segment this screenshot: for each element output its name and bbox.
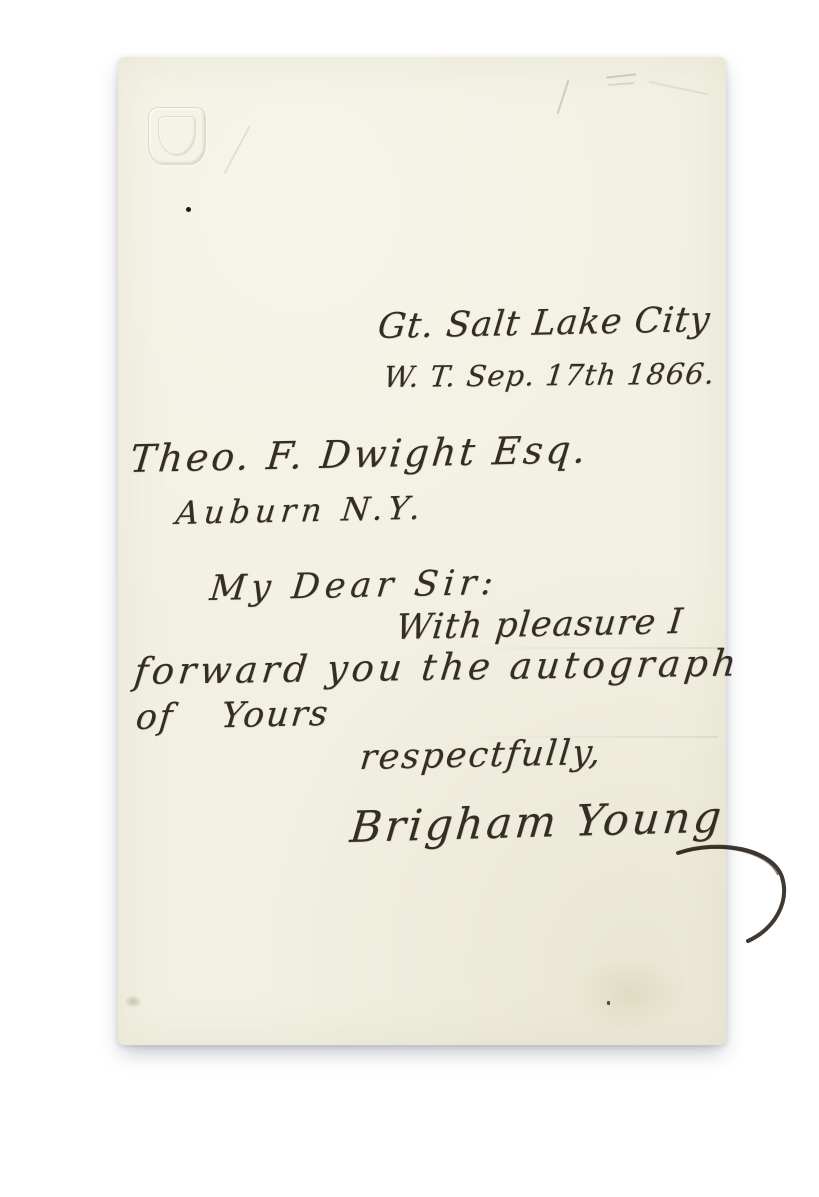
ink-dot: [186, 207, 191, 212]
pencil-mark: [223, 126, 250, 175]
stain-smudge: [570, 955, 688, 1031]
salutation: My Dear Sir:: [208, 563, 500, 609]
recipient-address: Auburn N.Y.: [174, 489, 427, 532]
dateline-place: Gt. Salt Lake City: [376, 300, 712, 347]
pencil-mark: [608, 82, 634, 86]
recipient-name: Theo. F. Dwight Esq.: [128, 427, 591, 481]
body-line: With pleasure I: [394, 602, 685, 648]
stain-smudge-small: [124, 995, 142, 1008]
dateline-date: W. T. Sep. 17th 1866.: [382, 356, 717, 394]
paper-crease: [418, 647, 718, 649]
paper-crease: [448, 736, 718, 738]
body-line: forward you the autograph: [132, 641, 742, 693]
pencil-mark: [606, 73, 636, 78]
letter-page: Gt. Salt Lake City W. T. Sep. 17th 1866.…: [118, 57, 726, 1045]
embossed-seal-shield: [158, 116, 196, 156]
signature-flourish: [670, 825, 819, 955]
pencil-mark: [648, 81, 707, 95]
closing: respectfully,: [358, 733, 604, 778]
pencil-mark: [556, 80, 569, 115]
signature: Brigham Young: [348, 792, 726, 853]
body-line: of Yours: [134, 694, 332, 738]
embossed-seal-icon: [148, 107, 206, 165]
ink-speck: [607, 1001, 610, 1005]
